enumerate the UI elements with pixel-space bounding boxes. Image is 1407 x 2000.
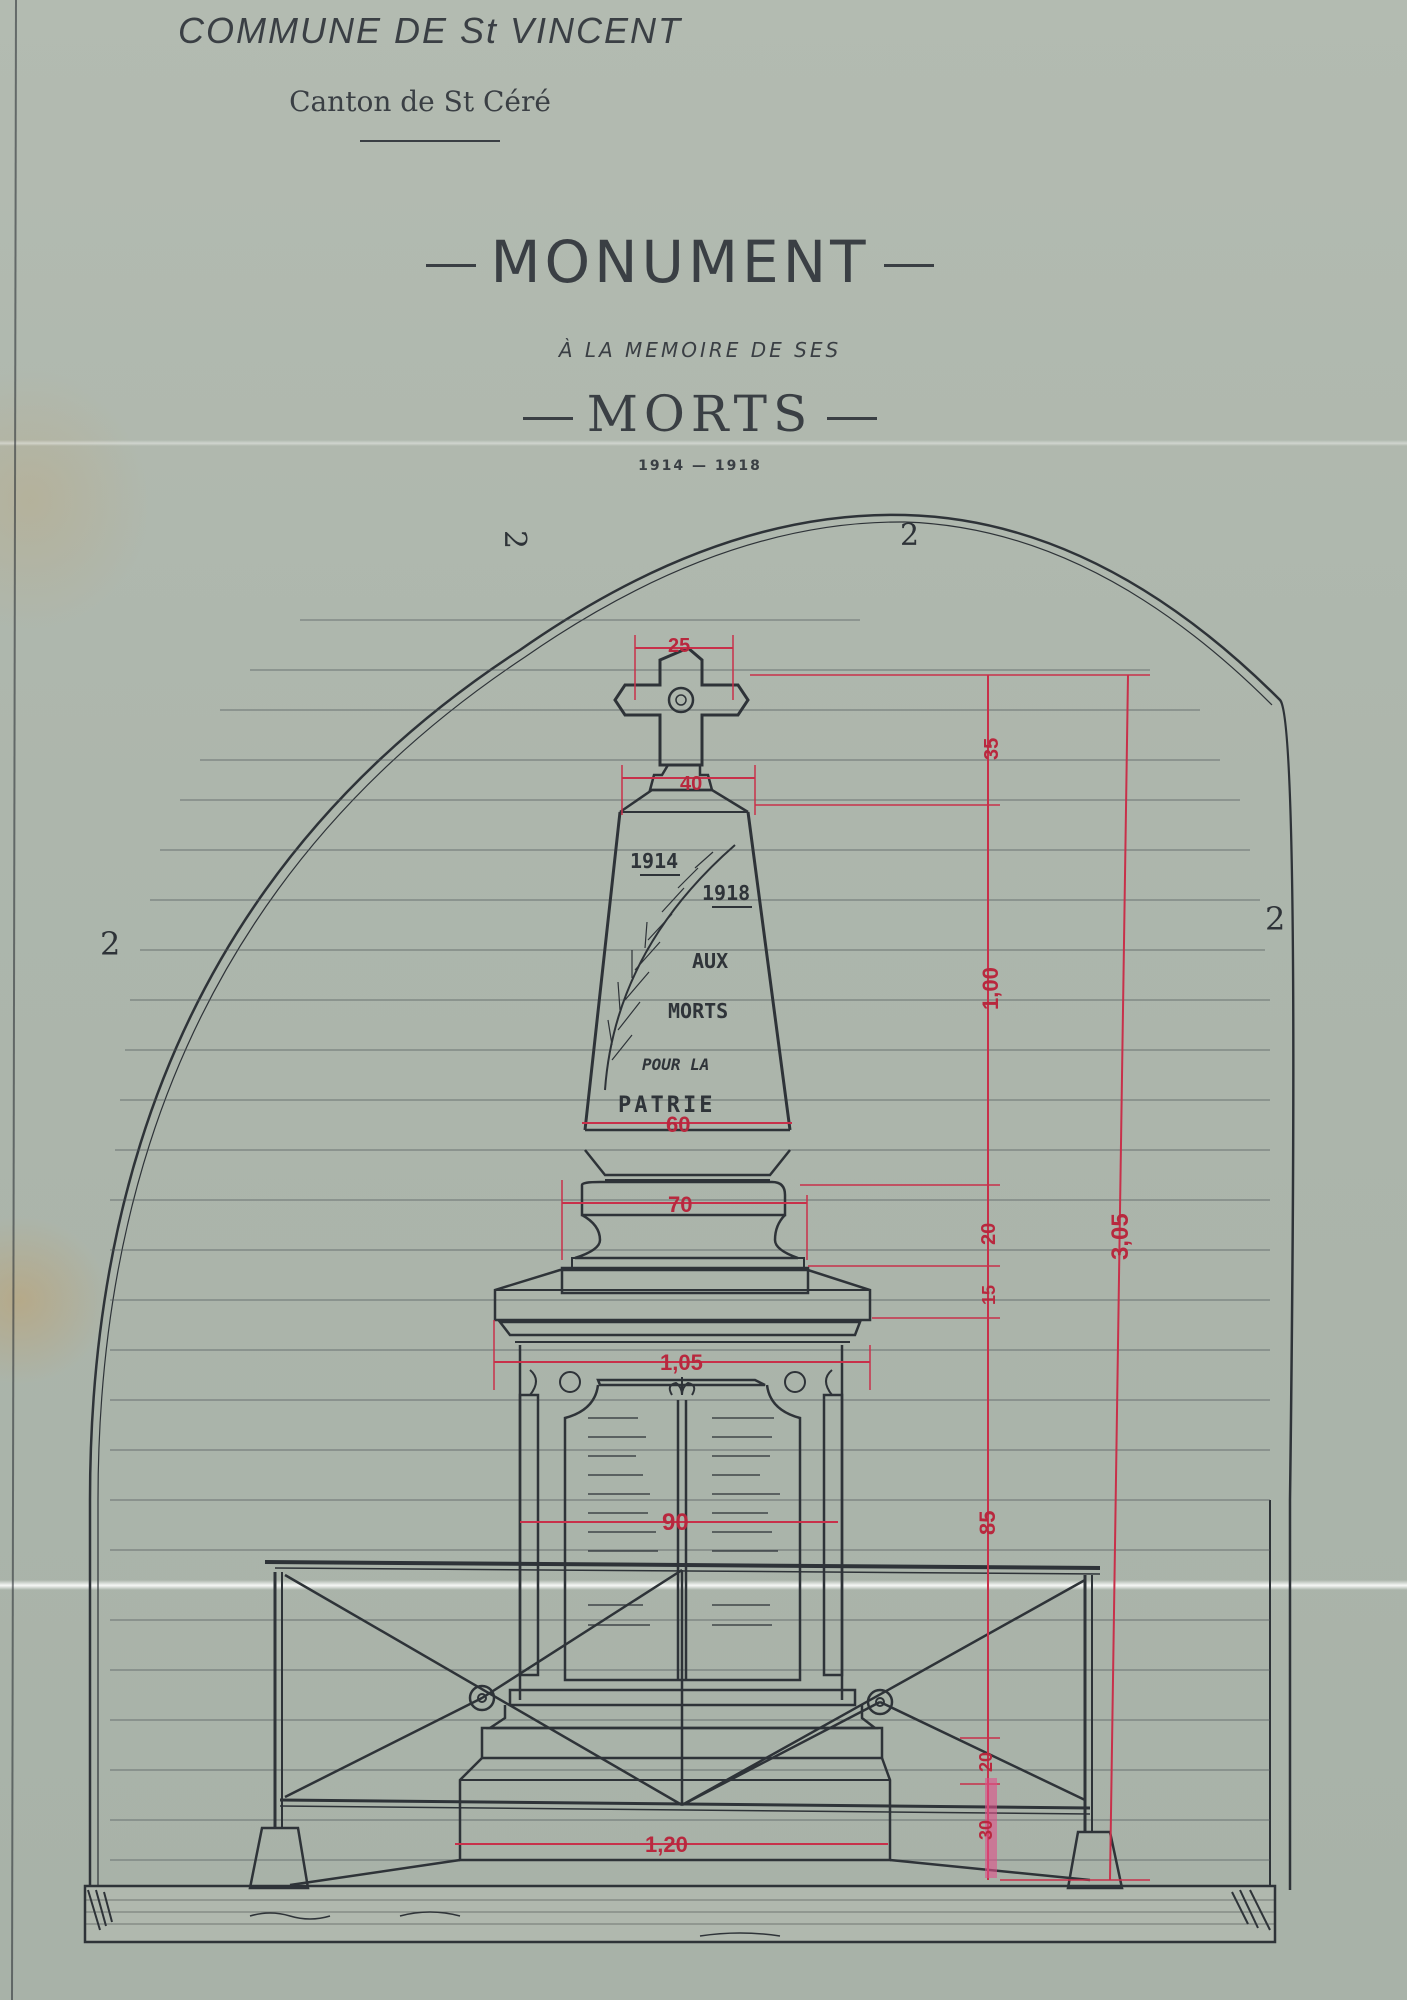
dim-base-width: 1,20	[645, 1832, 688, 1857]
monument-base-steps	[290, 1690, 1090, 1885]
inscription-morts: MORTS	[668, 999, 728, 1023]
dim-cross-height: 35	[981, 738, 1003, 760]
monument-elevation-drawing: 2 2 2 2	[0, 0, 1407, 2000]
dim-step-height: 20	[976, 1752, 996, 1772]
svg-text:2: 2	[900, 518, 919, 553]
svg-text:2: 2	[1265, 900, 1285, 938]
dim-obelisk-height: 1,00	[978, 967, 1003, 1010]
dim-plinth: 70	[668, 1192, 692, 1217]
dim-total-height: 3,05	[1107, 1213, 1134, 1260]
brick-wall-background	[110, 620, 1270, 1860]
sheet-border	[12, 0, 16, 2000]
dim-base-height: 30	[976, 1820, 996, 1840]
ground-base	[85, 1886, 1275, 1942]
pedestal-cornice	[495, 1270, 870, 1342]
dimension-labels: 25 40 60 70 1,05 90 1,20 35 1,00 20 15 8…	[645, 635, 1134, 1857]
inscription-year-end: 1918	[702, 881, 750, 905]
svg-text:2: 2	[100, 925, 120, 963]
dim-plinth-height: 20	[978, 1223, 1000, 1245]
dim-tablet: 90	[662, 1509, 689, 1536]
obelisk-inscriptions: 1914 1918 AUX MORTS POUR LA PATRIE	[618, 849, 752, 1118]
dim-cornice-height: 15	[979, 1285, 999, 1305]
obelisk	[585, 790, 790, 1130]
svg-text:2: 2	[497, 530, 532, 549]
dim-obelisk-base: 60	[666, 1112, 690, 1137]
dim-obelisk-top: 40	[680, 773, 702, 795]
dim-pedestal-height: 85	[975, 1511, 1000, 1535]
obelisk-plinth	[562, 1150, 808, 1293]
arch-marks: 2 2 2 2	[100, 518, 1285, 963]
inscription-year-start: 1914	[630, 849, 678, 873]
inscription-pour-la: POUR LA	[642, 1055, 709, 1074]
inscription-aux: AUX	[692, 949, 728, 973]
dim-cornice: 1,05	[660, 1350, 703, 1375]
dim-cross-width: 25	[668, 635, 690, 657]
